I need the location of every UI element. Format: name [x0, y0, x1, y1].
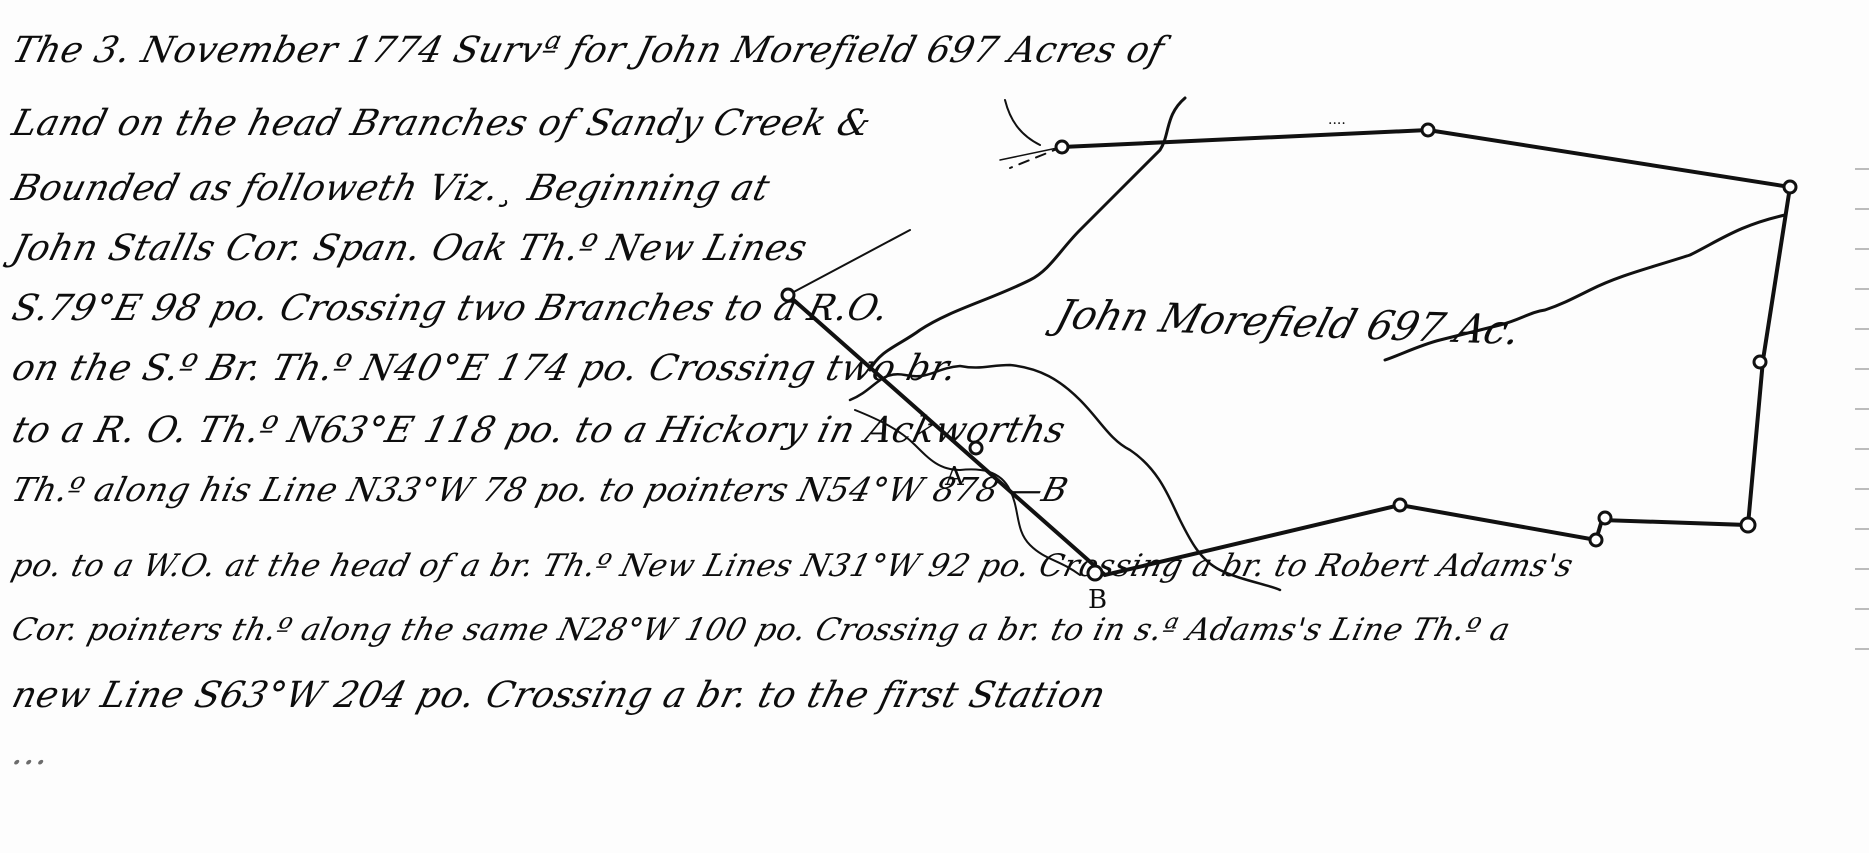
tract-owner-label: John Morefield 697 Ac. [1051, 292, 1526, 354]
text-line-2: Land on the head Branches of Sandy Creek… [8, 103, 876, 144]
text-line-9: po. to a W.O. at the head of a br. Th.º … [8, 548, 1577, 584]
scan-edge-artifact [1855, 150, 1869, 650]
plat-marker-b: B [1088, 585, 1107, 615]
text-line-3: Bounded as followeth Viz.¸ Beginning at [8, 168, 774, 209]
text-line-5: S.79°E 98 po. Crossing two Branches to a… [8, 288, 893, 329]
text-line-11: new Line S63°W 204 po. Crossing a br. to… [8, 675, 1110, 716]
text-line-6: on the S.º Br. Th.º N40°E 174 po. Crossi… [8, 348, 962, 389]
plat-marker-a: A [945, 462, 964, 492]
text-line-12-cutoff: … [8, 732, 55, 773]
scanned-document-page: The 3. November 1774 Survª for John More… [0, 0, 1869, 853]
text-line-4: John Stalls Cor. Span. Oak Th.º New Line… [8, 228, 811, 269]
text-line-7: to a R. O. Th.º N63°E 118 po. to a Hicko… [8, 410, 1070, 451]
text-line-1: The 3. November 1774 Survª for John More… [8, 30, 1168, 71]
text-line-8: Th.º along his Line N33°W 78 po. to poin… [8, 470, 1072, 509]
text-line-10: Cor. pointers th.º along the same N28°W … [8, 612, 1514, 648]
faint-notation: ···· [1328, 116, 1346, 132]
